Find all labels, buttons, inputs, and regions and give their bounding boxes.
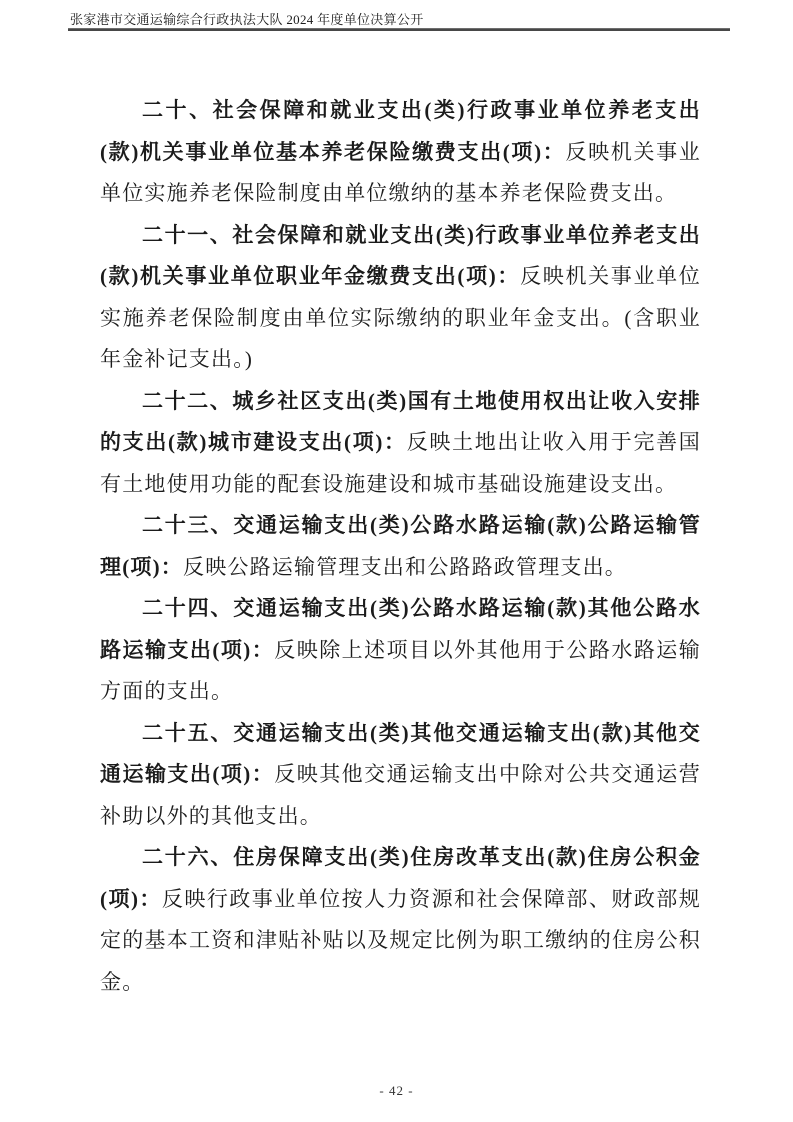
expenditure-paragraph-22: 二十二、城乡社区支出(类)国有土地使用权出让收入安排的支出(款)城市建设支出(项… [100,381,701,506]
expenditure-paragraph-24: 二十四、交通运输支出(类)公路水路运输(款)其他公路水路运输支出(项)：反映除上… [100,588,701,713]
expenditure-paragraph-21: 二十一、社会保障和就业支出(类)行政事业单位养老支出(款)机关事业单位职业年金缴… [100,215,701,381]
page-number: - 42 - [379,1083,413,1098]
expenditure-paragraph-20: 二十、社会保障和就业支出(类)行政事业单位养老支出(款)机关事业单位基本养老保险… [100,90,701,215]
expenditure-paragraph-23: 二十三、交通运输支出(类)公路水路运输(款)公路运输管理(项)：反映公路运输管理… [100,505,701,588]
document-page: 张家港市交通运输综合行政执法大队 2024 年度单位决算公开 二十、社会保障和就… [0,0,793,1122]
paragraph-body: 反映行政事业单位按人力资源和社会保障部、财政部规定的基本工资和津贴补贴以及规定比… [100,887,701,994]
header-title: 张家港市交通运输综合行政执法大队 2024 年度单位决算公开 [70,9,424,28]
paragraph-body: 反映公路运输管理支出和公路路政管理支出。 [183,555,627,579]
page-footer: - 42 - [0,1083,793,1099]
expenditure-paragraph-25: 二十五、交通运输支出(类)其他交通运输支出(款)其他交通运输支出(项)：反映其他… [100,713,701,838]
header-rule [68,28,730,31]
expenditure-paragraph-26: 二十六、住房保障支出(类)住房改革支出(款)住房公积金(项)：反映行政事业单位按… [100,837,701,1003]
document-body: 二十、社会保障和就业支出(类)行政事业单位养老支出(款)机关事业单位基本养老保险… [100,90,701,1003]
